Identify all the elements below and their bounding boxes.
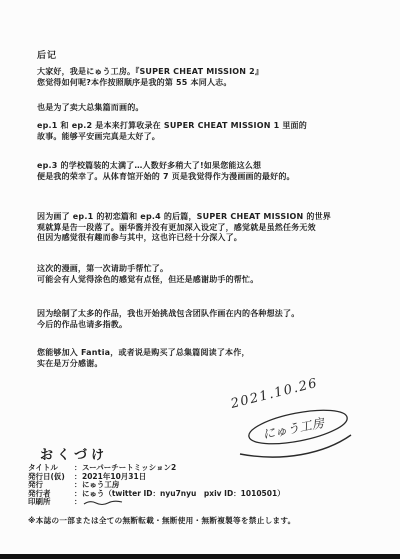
text-line: 观就算是告一段落了。丽华酱并没有更加深入设定了，感觉就是虽然任务无效 (37, 223, 380, 234)
text-line: 可能会有人觉得涂色的感觉有点怪，但还是感谢助手的帮忙。 (37, 275, 380, 286)
colophon-heading: おくづけ (40, 444, 108, 463)
text-line: 故事。能够平安画完真是太好了。 (37, 132, 380, 143)
colophon-row: 発行日(仮) ： 2021年10月31日 (28, 473, 285, 482)
colophon-block: タイトル ： スーパーチートミッション2 発行日(仮) ： 2021年10月31… (28, 464, 285, 510)
page-bottom-edge (0, 554, 400, 559)
colophon-label: 印刷所 (28, 498, 74, 510)
signature-date: 2021.10.26 (228, 378, 319, 412)
handwritten-signature: 2021.10.26 にゅう工房 (224, 378, 369, 466)
afterword-paragraph: ep.1 和 ep.2 是本来打算收录在 SUPER CHEAT MISSION… (37, 121, 380, 142)
signature-flourish-icon (240, 435, 351, 457)
text-line: 您觉得如何呢?本作按照顺序是我的第 55 本同人志。 (37, 78, 380, 89)
colophon-row: タイトル ： スーパーチートミッション2 (28, 464, 285, 473)
afterword-paragraph: 这次的漫画，第一次请助手帮忙了。 可能会有人觉得涂色的感觉有点怪，但还是感谢助手… (37, 264, 380, 285)
afterword-page: 后记 大家好，我是にゅう工房。『SUPER CHEAT MISSION 2』 您… (0, 0, 400, 559)
colophon-row: 発行者 ： にゅう（twitter ID：nyu7nyu pxiv ID：101… (28, 490, 285, 499)
text-line: 但因为感觉很有趣而参与其中，这也许已经十分深入了。 (37, 233, 380, 244)
handwritten-blank-mark (82, 498, 124, 510)
text-line: 因为绘制了太多的作品，我也开始挑战包含团队作画在内的各种想法了。 (37, 309, 380, 320)
text-line: ep.3 的学校篇装的太满了…人数好多稍大了!如果您能这么想 (37, 161, 380, 172)
text-line: 也是为了卖大总集篇而画的。 (37, 103, 380, 114)
text-line: 因为画了 ep.1 的初恋篇和 ep.4 的后篇，SUPER CHEAT MIS… (37, 212, 380, 223)
text-line: 实在是万分感谢。 (37, 359, 380, 370)
signature-name: にゅう工房 (261, 415, 326, 442)
colophon-row: 印刷所 ： (28, 498, 285, 510)
afterword-paragraph: 也是为了卖大总集篇而画的。 (37, 103, 380, 114)
text-line: ep.1 和 ep.2 是本来打算收录在 SUPER CHEAT MISSION… (37, 121, 380, 132)
afterword-paragraph: 因为画了 ep.1 的初恋篇和 ep.4 的后篇，SUPER CHEAT MIS… (37, 212, 380, 244)
strikethrough-squiggle-icon (82, 498, 124, 507)
afterword-paragraph: 因为绘制了太多的作品，我也开始挑战包含团队作画在内的各种想法了。 今后的作品也请… (37, 309, 380, 330)
text-line: 今后的作品也请多指教。 (37, 320, 380, 331)
text-line: 大家好，我是にゅう工房。『SUPER CHEAT MISSION 2』 (37, 67, 380, 78)
afterword-paragraph: ep.3 的学校篇装的太满了…人数好多稍大了!如果您能这么想 便是我的荣幸了。从… (37, 161, 380, 182)
afterword-paragraph: 大家好，我是にゅう工房。『SUPER CHEAT MISSION 2』 您觉得如… (37, 67, 380, 88)
colophon-separator: ： (74, 498, 82, 510)
text-line: 您能够加入 Fantia，或者说是购买了总集篇阅读了本作， (37, 348, 380, 359)
text-line: 便是我的荣幸了。从体育馆开始的 7 页是我觉得作为漫画画的最好的。 (37, 172, 380, 183)
text-line: 这次的漫画，第一次请助手帮忙了。 (37, 264, 380, 275)
afterword-paragraph: 您能够加入 Fantia，或者说是购买了总集篇阅读了本作， 实在是万分感谢。 (37, 348, 380, 369)
afterword-heading: 后记 (37, 48, 57, 61)
colophon-value: にゅう（twitter ID：nyu7nyu pxiv ID：1010501） (82, 490, 285, 499)
copyright-notice: ※本誌の一部または全ての無断転載・無断使用・無断複製等を禁止します。 (28, 515, 296, 526)
